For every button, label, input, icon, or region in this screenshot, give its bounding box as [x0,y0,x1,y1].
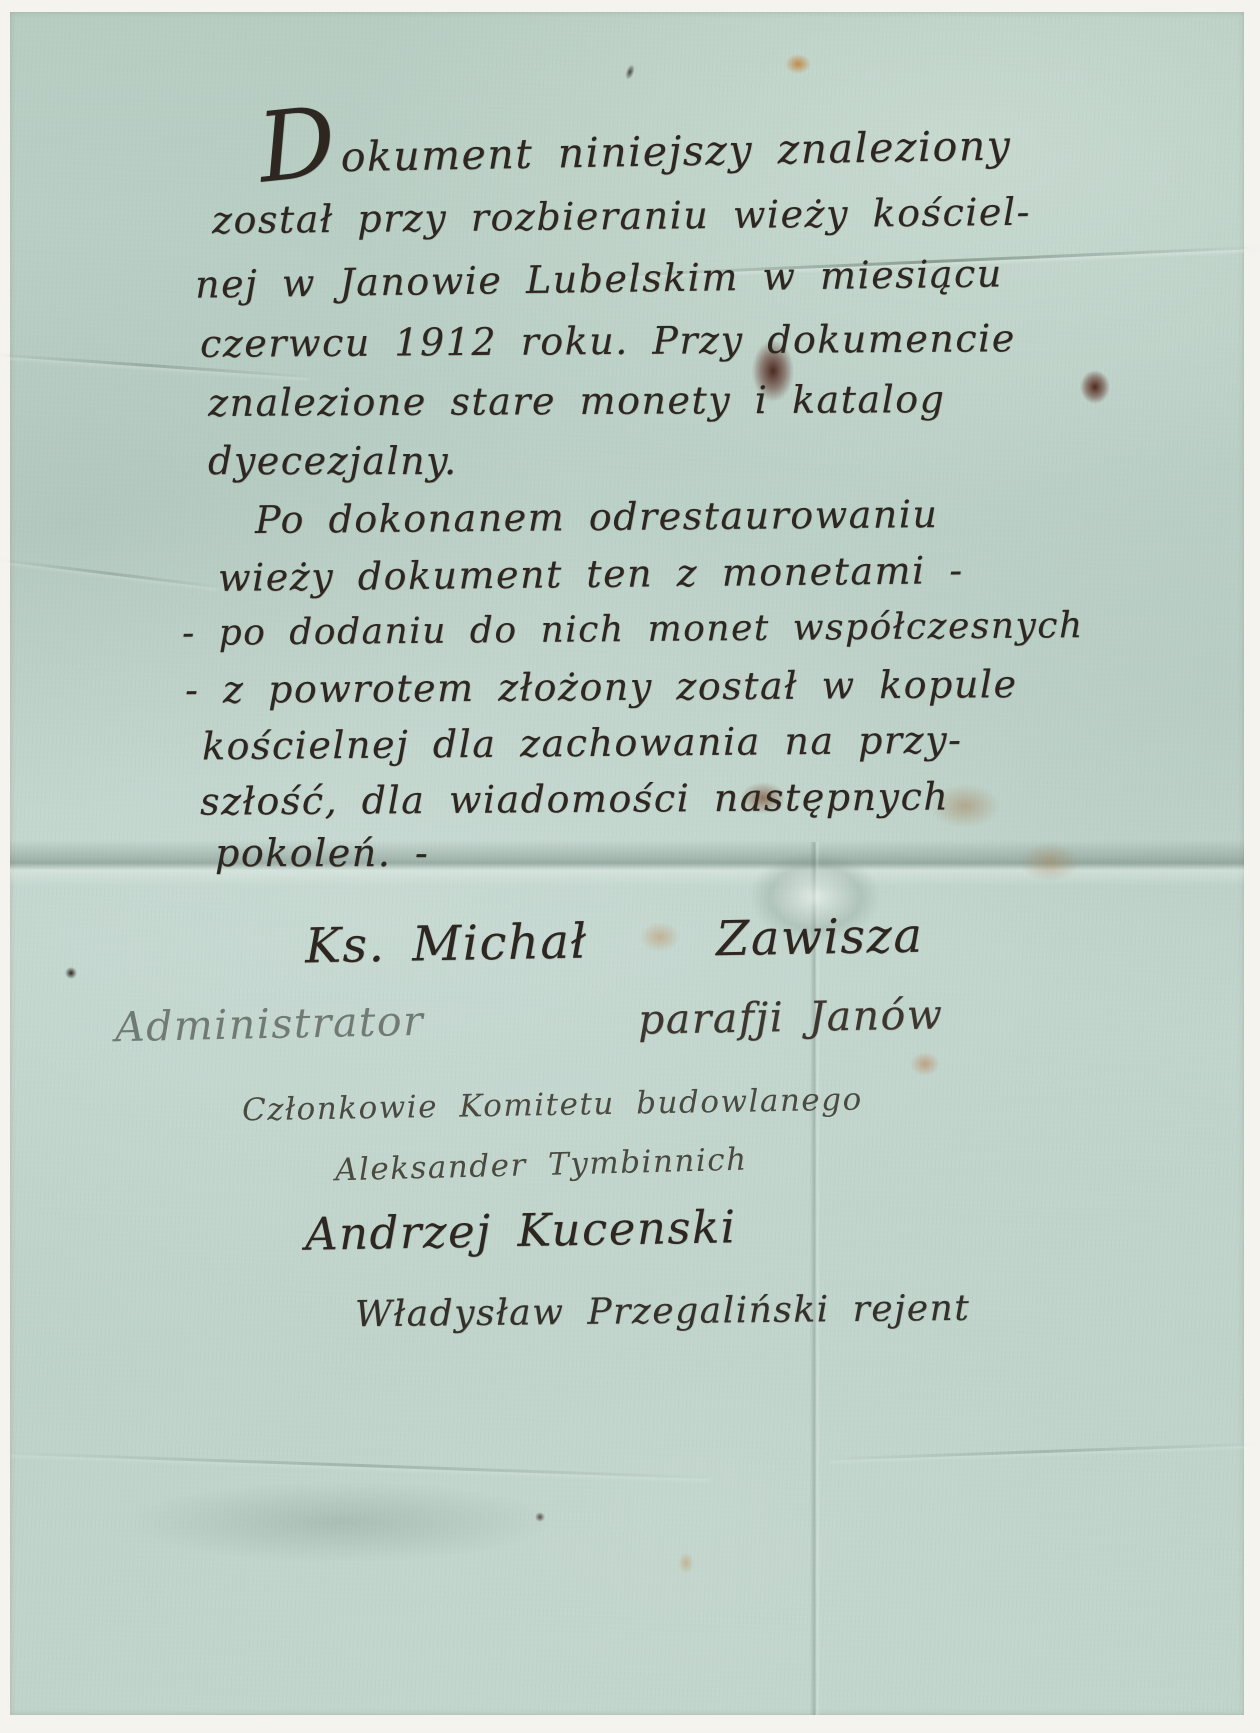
body-line-1: Dokument niniejszy znaleziony [257,97,1011,179]
signature-priest-prefix: Ks. Michał [305,913,588,974]
bottom-shadow-band [130,1482,550,1562]
signature-member-1: Aleksander Tymbinnich [335,1145,748,1187]
body-line-2: został przy rozbieraniu wieży kościel- [212,193,1031,240]
speck-bottom-2 [678,1552,694,1574]
signature-member-3: Władysław Przegaliński rejent [355,1291,971,1333]
body-line-10: - z powrotem złożony został w kopule [185,665,1018,709]
body-line-7: Po dokonanem odrestaurowaniu [255,495,939,539]
scanned-document-page: { "page": { "kind": "handwritten archiva… [0,0,1260,1733]
signature-role-administrator: Administrator [115,1001,425,1048]
signature-committee-heading: Członkowie Komitetu budowlanego [242,1085,863,1127]
wrinkle-line-bottom-1 [10,1452,710,1479]
body-line-5: znalezione stare monety i katalog [208,380,946,422]
brown-stain-mid-3 [1020,842,1080,882]
vertical-fold-crease [810,842,820,1715]
ornate-initial-D: D [256,112,340,179]
body-line-3: nej w Janowie Lubelskim w miesiącu [195,254,1003,303]
body-line-8: wieży dokument ten z monetami - [218,551,964,597]
wrinkle-line-bottom-2 [830,1442,1260,1460]
orange-stain-signature [910,1052,940,1076]
signature-priest-surname: Zawisza [716,908,924,968]
signature-member-2: Andrzej Kucenski [305,1204,737,1257]
ink-blot-katalog [1080,370,1110,404]
body-line-6: dyecezjalny. [208,442,458,480]
body-line-11: kościelnej dla zachowania na przy- [202,721,963,766]
signature-gap [615,956,690,957]
stray-pen-mark-top [624,63,637,81]
horizontal-fold-crease [10,840,1244,886]
body-line-13: pokoleń. - [215,834,429,872]
wrinkle-line-left-2 [1,559,220,589]
orange-stain-top [785,54,811,74]
speck-bottom-1 [535,1512,545,1522]
ink-speck-left [65,967,77,979]
body-line-1-text: okument niniejszy znaleziony [340,121,1011,181]
signature-role-parish: parafji Janów [638,994,944,1040]
signature-priest: Ks. Michał Zawisza [305,912,924,971]
body-line-12: szłość, dla wiadomości następnych [200,777,949,820]
body-line-4: czerwcu 1912 roku. Przy dokumencie [200,319,1016,363]
body-line-9: - po dodaniu do nich monet współczesnych [182,608,1084,652]
paper-sheet: Dokument niniejszy znaleziony został prz… [10,12,1244,1715]
